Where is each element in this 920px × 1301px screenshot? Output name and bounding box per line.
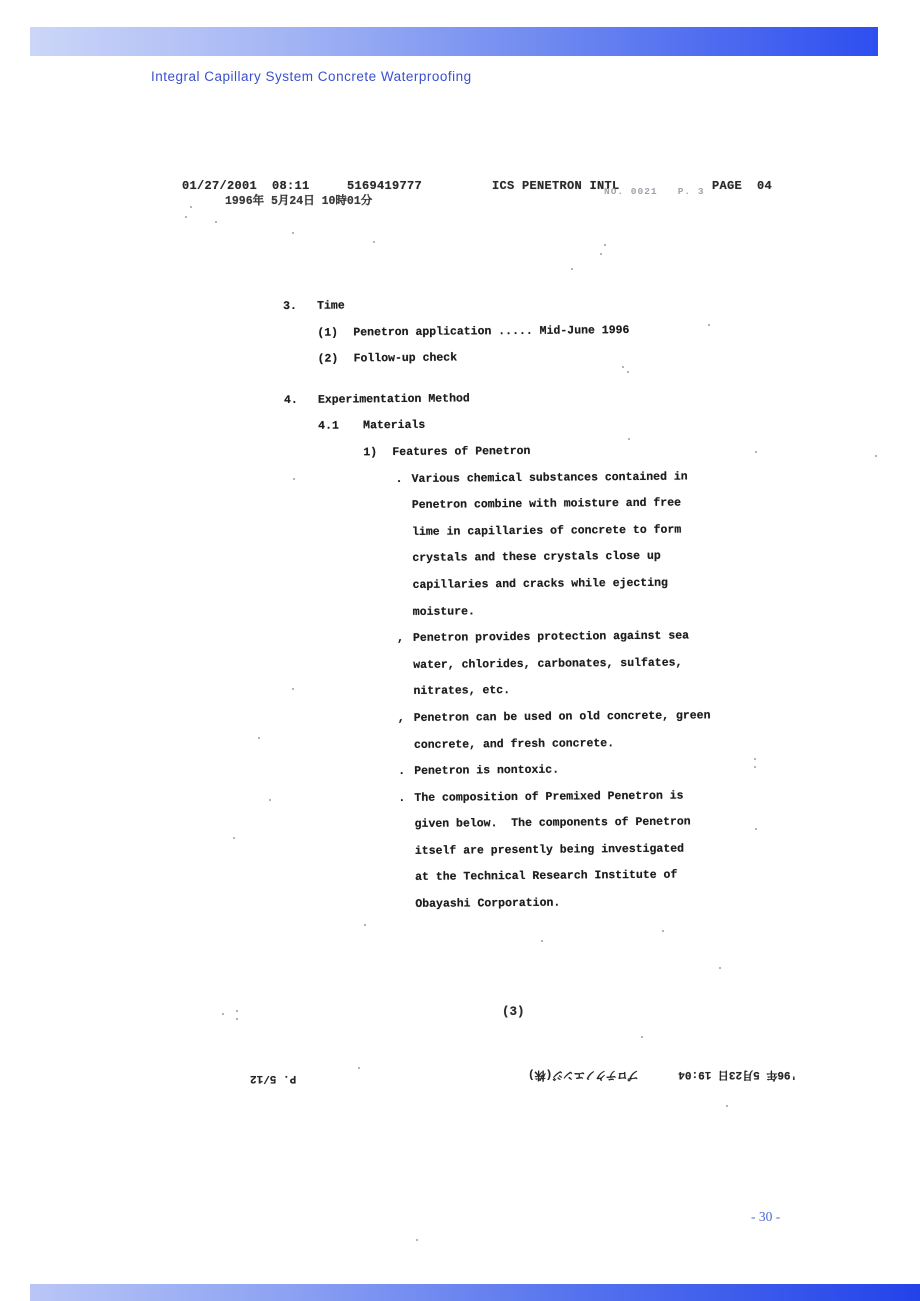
document-line: Obayashi Corporation.: [288, 889, 808, 920]
fax-header-sender: ICS PENETRON INTL: [492, 179, 620, 193]
line-marker: (1): [317, 320, 353, 347]
scan-speck: [258, 737, 260, 739]
scan-speck: [269, 799, 271, 801]
scan-speck: [358, 1067, 360, 1069]
line-text: Materials: [363, 419, 425, 433]
line-text: Penetron application ..... Mid-June 1996: [353, 324, 629, 339]
line-text: Experimentation Method: [318, 392, 470, 406]
line-text: Penetron provides protection against sea: [413, 630, 689, 645]
line-marker: .: [398, 786, 414, 813]
line-text: lime in capillaries of concrete to form: [412, 523, 681, 538]
scan-speck: [190, 206, 192, 208]
scan-speck: [541, 940, 543, 942]
scanned-fax-document-page: { "page": { "title": "Integral Capillary…: [0, 0, 920, 1301]
line-text: concrete, and fresh concrete.: [414, 737, 614, 752]
fax-header-date-time-number: 01/27/2001 08:11 5169419777: [182, 179, 422, 193]
line-text: The composition of Premixed Penetron is: [414, 789, 683, 804]
scan-speck: [416, 1239, 418, 1241]
line-text: Time: [317, 299, 345, 312]
scan-speck: [292, 232, 294, 234]
fax-header-japanese-datetime: 1996年 5月24日 10時01分: [225, 192, 372, 208]
line-marker: ,: [398, 706, 414, 733]
scan-speck: [215, 221, 217, 223]
scan-speck: [604, 244, 606, 246]
scan-speck: [222, 1013, 224, 1015]
document-body: 3.Time(1)Penetron application ..... Mid-…: [283, 289, 808, 919]
scan-speck: [600, 253, 602, 255]
document-page-number: - 30 -: [751, 1209, 780, 1225]
line-text: Penetron can be used on old concrete, gr…: [414, 709, 711, 725]
header-gradient-bar: [30, 27, 878, 56]
scan-speck: [641, 1036, 643, 1038]
fax-header-page-label: PAGE 04: [712, 179, 772, 193]
page-title: Integral Capillary System Concrete Water…: [151, 69, 472, 84]
scan-speck: [373, 241, 375, 243]
fax-footer-page-stamp-rotated: P. 5/12: [250, 1072, 296, 1084]
line-text: nitrates, etc.: [413, 684, 510, 698]
scan-speck: [875, 455, 877, 457]
line-marker: 4.: [284, 387, 318, 414]
footer-gradient-bar: [30, 1284, 920, 1301]
document-line: (2)Follow-up check: [283, 343, 803, 374]
line-marker: .: [396, 466, 412, 493]
scan-speck: [662, 930, 664, 932]
scan-speck: [233, 837, 235, 839]
line-text: capillaries and cracks while ejecting: [412, 577, 667, 592]
line-text: at the Technical Research Institute of: [415, 869, 677, 884]
fax-footer-sender-stamp-rotated: '96年 5月23日 19:04 プロテクノエンジ(株): [528, 1068, 797, 1084]
scan-speck: [719, 967, 721, 969]
fax-header-faint-stamp: NO. 0021 P. 3: [604, 186, 705, 197]
line-text: Obayashi Corporation.: [415, 897, 560, 911]
sheet-page-marker: (3): [502, 1005, 525, 1019]
scan-speck: [185, 216, 187, 218]
line-text: moisture.: [413, 605, 475, 619]
line-text: Features of Penetron: [392, 445, 530, 459]
line-text: Follow-up check: [354, 352, 458, 366]
line-text: water, chlorides, carbonates, sulfates,: [413, 656, 682, 671]
line-text: Penetron is nontoxic.: [414, 764, 559, 778]
line-marker: 1): [363, 440, 392, 467]
line-text: given below. The components of Penetron: [415, 816, 691, 831]
scan-speck: [571, 268, 573, 270]
line-text: Penetron combine with moisture and free: [412, 497, 681, 512]
scan-speck: [364, 924, 366, 926]
line-marker: 4.1: [318, 414, 363, 441]
line-text: crystals and these crystals close up: [412, 550, 661, 565]
scan-speck: [726, 1105, 728, 1107]
line-text: Various chemical substances contained in: [412, 470, 688, 485]
line-marker: 3.: [283, 294, 317, 321]
line-marker: ,: [397, 626, 413, 653]
line-marker: .: [398, 759, 414, 786]
line-text: itself are presently being investigated: [415, 842, 684, 857]
scan-speck: [236, 1018, 238, 1020]
scan-speck: [236, 1010, 238, 1012]
line-marker: (2): [317, 347, 353, 374]
